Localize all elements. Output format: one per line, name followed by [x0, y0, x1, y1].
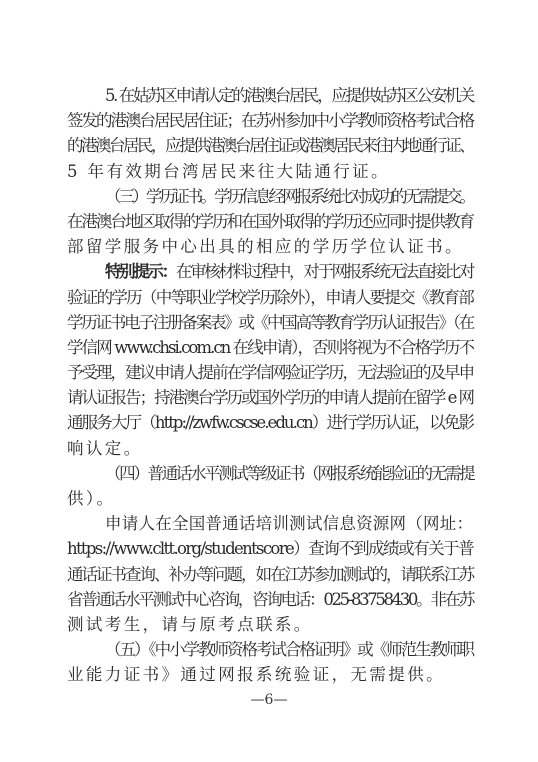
text-line: 特别提示：在审核材料过程中，对于网报系统无法直接比对 [67, 259, 473, 284]
paragraph-item-5: 5. 在姑苏区申请认定的港澳台居民，应提供姑苏区公安机关 签发的港澳台居民居住证… [67, 83, 473, 184]
text-line: 签发的港澳台居民居住证；在苏州参加中小学教师资格考试合格 [67, 108, 473, 133]
text-line: 业能力证书》通过网报系统验证，无需提供。 [67, 662, 473, 687]
text-line: 测试考生，请与原考点联系。 [67, 612, 473, 637]
text-line: 响认定。 [67, 436, 473, 461]
text-line: 部留学服务中心出具的相应的学历学位认证书。 [67, 234, 473, 259]
text-line-cltt-url: https://www.cltt.org/studentscore）查询不到成绩… [67, 536, 473, 561]
text-line-chsi-url: 学信网 www.chsi.com.cn 在线申请），否则将视为不合格学历不 [67, 335, 473, 360]
section-heading-line: （三）学历证书。学历信息经网报系统比对成功的无需提交。 [67, 184, 473, 209]
section-heading-line: （四）普通话水平测试等级证书（网报系统能验证的无需提 [67, 461, 473, 486]
text-line-phone: 省普通话水平测试中心咨询，咨询电话：025-83758430。非在苏 [67, 587, 473, 612]
text-line: 学历证书电子注册备案表》或《中国高等教育学历认证报告》（在 [67, 310, 473, 335]
text-line: 通话证书查询、补办等问题，如在江苏参加测试的，请联系江苏 [67, 562, 473, 587]
special-notice-text: 在审核材料过程中，对于网报系统无法直接比对 [176, 262, 473, 281]
text-line: 5. 在姑苏区申请认定的港澳台居民，应提供姑苏区公安机关 [67, 83, 473, 108]
document-body: 5. 在姑苏区申请认定的港澳台居民，应提供姑苏区公安机关 签发的港澳台居民居住证… [67, 83, 473, 688]
paragraph-putonghua-notice: 申请人在全国普通话培训测试信息资源网（网址： https://www.cltt.… [67, 511, 473, 637]
page-number: —6— [0, 690, 538, 710]
text-line-cscse-url: 通服务大厅（http://zwfw.cscse.edu.cn）进行学历认证，以免… [67, 410, 473, 435]
special-notice-label: 特别提示： [105, 262, 176, 281]
paragraph-section-4-putonghua-certificate: （四）普通话水平测试等级证书（网报系统能验证的无需提 供）。 [67, 461, 473, 511]
text-line: 申请人在全国普通话培训测试信息资源网（网址： [67, 511, 473, 536]
text-line: 在港澳台地区取得的学历和在国外取得的学历还应同时提供教育 [67, 209, 473, 234]
section-heading-line: （五）《中小学教师资格考试合格证明》或《师范生教师职 [67, 637, 473, 662]
text-line: 验证的学历（中等职业学校学历除外），申请人要提交《教育部 [67, 285, 473, 310]
paragraph-section-3-education-certificate: （三）学历证书。学历信息经网报系统比对成功的无需提交。 在港澳台地区取得的学历和… [67, 184, 473, 260]
text-line: 予受理，建议申请人提前在学信网验证学历，无法验证的及早申 [67, 360, 473, 385]
text-line: 请认证报告；持港澳台学历或国外学历的申请人提前在留学 e 网 [67, 385, 473, 410]
document-page: 5. 在姑苏区申请认定的港澳台居民，应提供姑苏区公安机关 签发的港澳台居民居住证… [0, 0, 538, 762]
text-line: 5 年有效期台湾居民来往大陆通行证。 [67, 159, 473, 184]
text-line: 的港澳台居民，应提供港澳台居住证或港澳居民来往内地通行证、 [67, 133, 473, 158]
paragraph-section-5-teacher-exam-certificate: （五）《中小学教师资格考试合格证明》或《师范生教师职 业能力证书》通过网报系统验… [67, 637, 473, 687]
text-line: 供）。 [67, 486, 473, 511]
paragraph-special-notice: 特别提示：在审核材料过程中，对于网报系统无法直接比对 验证的学历（中等职业学校学… [67, 259, 473, 461]
